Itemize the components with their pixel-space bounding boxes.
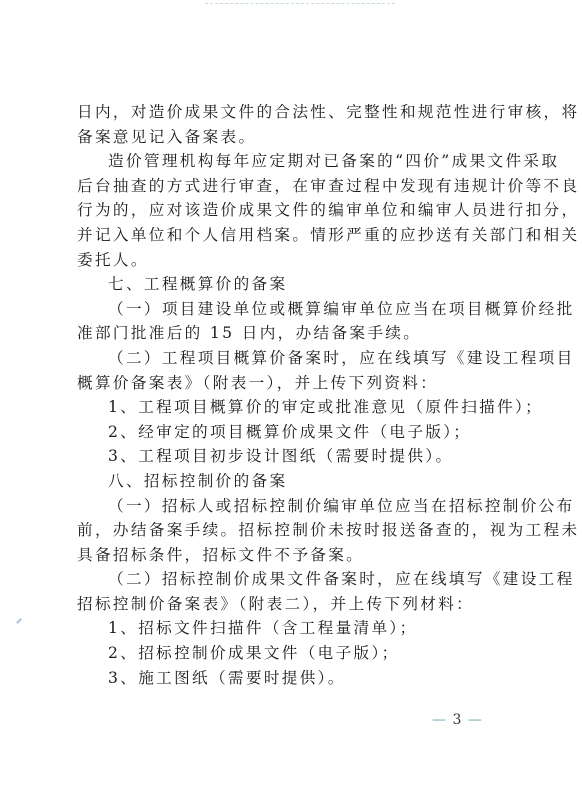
text-line: 日内，对造价成果文件的合法性、完整性和规范性进行审核，将 <box>77 100 501 125</box>
text-line: 招标控制价备案表》（附表二），并上传下列材料： <box>77 592 501 617</box>
page-number-left-dash: — <box>432 712 447 728</box>
document-body: 日内，对造价成果文件的合法性、完整性和规范性进行审核，将 备案意见记入备案表。 … <box>77 100 501 690</box>
scan-artifact-top <box>205 3 395 5</box>
text-line: 造价管理机构每年应定期对已备案的“四价”成果文件采取 <box>77 149 501 174</box>
text-line: （一）项目建设单位或概算编审单位应当在项目概算价经批 <box>77 297 501 322</box>
text-line: 并记入单位和个人信用档案。情形严重的应抄送有关部门和相关 <box>77 223 501 248</box>
text-line: 前，办结备案手续。招标控制价未按时报送备查的，视为工程未 <box>77 518 501 543</box>
text-line: （二）招标控制价成果文件备案时，应在线填写《建设工程 <box>77 567 501 592</box>
text-line: 具备招标条件，招标文件不予备案。 <box>77 543 501 568</box>
list-item: 3、施工图纸（需要时提供）。 <box>77 666 501 691</box>
text-line: 准部门批准后的 15 日内，办结备案手续。 <box>77 321 501 346</box>
page-number-value: 3 <box>452 712 462 728</box>
text-line: 概算价备案表》（附表一），并上传下列资料： <box>77 371 501 396</box>
text-line: （二）工程项目概算价备案时，应在线填写《建设工程项目 <box>77 346 501 371</box>
page-number-right-dash: — <box>468 712 483 728</box>
text-line: 委托人。 <box>77 248 501 273</box>
list-item: 2、经审定的项目概算价成果文件（电子版）； <box>77 420 501 445</box>
text-line: （一）招标人或招标控制价编审单位应当在招标控制价公布 <box>77 494 501 519</box>
section-heading-8: 八、招标控制价的备案 <box>77 469 501 494</box>
list-item: 2、招标控制价成果文件（电子版）； <box>77 641 501 666</box>
list-item: 1、工程项目概算价的审定或批准意见（原件扫描件）； <box>77 395 501 420</box>
text-line: 备案意见记入备案表。 <box>77 125 501 150</box>
list-item: 1、招标文件扫描件（含工程量清单）； <box>77 616 501 641</box>
section-heading-7: 七、工程概算价的备案 <box>77 272 501 297</box>
text-line: 行为的，应对该造价成果文件的编审单位和编审人员进行扣分， <box>77 198 501 223</box>
page-number: — 3 — <box>432 712 483 728</box>
scan-speck <box>16 618 22 624</box>
text-line: 后台抽查的方式进行审查，在审查过程中发现有违规计价等不良 <box>77 174 501 199</box>
list-item: 3、工程项目初步设计图纸（需要时提供）。 <box>77 444 501 469</box>
